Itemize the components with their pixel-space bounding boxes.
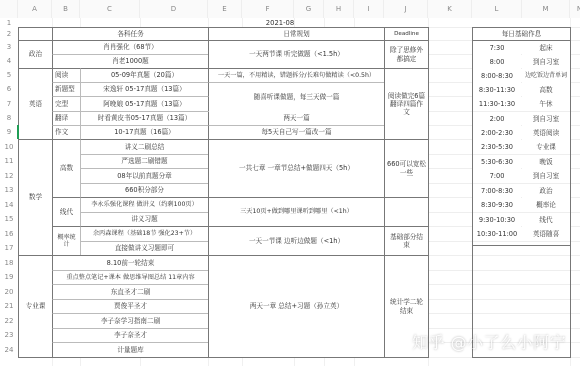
- math-linear-task-1[interactable]: 李永乐强化课程 做讲义（约剩100页）: [80, 197, 209, 213]
- math-advanced-task-2[interactable]: 严选题二刷错题: [80, 154, 209, 169]
- column-header-k[interactable]: K: [428, 0, 472, 18]
- major-task-7[interactable]: 计量题库: [52, 342, 209, 358]
- column-header-f[interactable]: F: [242, 0, 294, 18]
- column-header-d[interactable]: D: [140, 0, 208, 18]
- routine-time-12[interactable]: 8:30-9:30: [473, 198, 521, 212]
- row-header-8[interactable]: 8: [0, 111, 18, 125]
- header-deadline[interactable]: Deadline: [384, 27, 429, 41]
- routine-activity-5[interactable]: 午休: [522, 97, 570, 111]
- row-header-13[interactable]: 13: [0, 183, 18, 197]
- routine-time-4[interactable]: 8:30-11:30: [473, 83, 521, 97]
- routine-activity-13[interactable]: 线代: [522, 213, 570, 227]
- politics-plan[interactable]: 一天两节课 听完做题（<1.5h）: [208, 40, 385, 69]
- row-header-5[interactable]: 5: [0, 68, 18, 82]
- header-empty[interactable]: [18, 27, 53, 41]
- routine-time-2[interactable]: 8:00: [473, 55, 521, 69]
- column-header-j[interactable]: J: [384, 0, 428, 18]
- english-task-new[interactable]: 宋逸轩 05-17真题（13篇）: [80, 82, 209, 97]
- routine-activity-6[interactable]: 到自习室: [522, 112, 570, 126]
- row-header-22[interactable]: 22: [0, 313, 18, 328]
- column-header-c[interactable]: C: [80, 0, 140, 18]
- english-task-reading[interactable]: 05-09年真题（20篇）: [80, 68, 209, 83]
- column-header-g[interactable]: G: [294, 0, 324, 18]
- math-linear-plan[interactable]: 三天10页+做到哪里课听到哪里（<1h）: [208, 197, 385, 227]
- corner-cell[interactable]: [0, 0, 18, 18]
- math-advanced-task-4[interactable]: 660积分部分: [80, 183, 209, 198]
- row-header-3[interactable]: 3: [0, 40, 18, 54]
- english-task-writing[interactable]: 10-17真题（16篇）: [80, 125, 209, 140]
- major-task-3[interactable]: 东直圣才二刷: [52, 284, 209, 300]
- subject-math[interactable]: 数学: [18, 139, 53, 256]
- column-header-h[interactable]: H: [324, 0, 354, 18]
- selection-indicator: [17, 125, 19, 139]
- watermark: 知乎 @小了么小阿宁: [412, 330, 566, 353]
- math-probability-plan[interactable]: 一天一节课 边听边做题（<1h）: [208, 226, 385, 256]
- row-header-10[interactable]: 10: [0, 139, 18, 154]
- row-header-6[interactable]: 6: [0, 82, 18, 96]
- english-plan-translation[interactable]: 两天一篇: [208, 111, 385, 126]
- row-header-14[interactable]: 14: [0, 197, 18, 212]
- major-plan[interactable]: 两天一章 总结+习题（孙立英）: [208, 255, 385, 358]
- routine-activity-11[interactable]: 政治: [522, 184, 570, 198]
- math-linear-task-2[interactable]: 讲义习题: [80, 212, 209, 227]
- english-type-cloze[interactable]: 完型: [52, 96, 81, 112]
- column-header-m[interactable]: M: [522, 0, 570, 18]
- routine-time-3[interactable]: 8:00-8:30: [473, 69, 521, 83]
- header-daily-plan[interactable]: 日常规划: [208, 27, 385, 41]
- routine-activity-4[interactable]: 高数: [522, 83, 570, 97]
- column-header-l[interactable]: L: [472, 0, 522, 18]
- row-header-16[interactable]: 16: [0, 226, 18, 241]
- math-advanced-deadline[interactable]: 660可以宽松一些: [384, 139, 429, 198]
- column-header-a[interactable]: A: [18, 0, 52, 18]
- header-daily-routine[interactable]: 每日基础作息: [472, 27, 571, 41]
- row-header-24[interactable]: 24: [0, 342, 18, 357]
- routine-time-10[interactable]: 7:00: [473, 169, 521, 183]
- column-header-e[interactable]: E: [208, 0, 242, 18]
- row-header-9[interactable]: 9: [0, 125, 18, 139]
- math-advanced-task-3[interactable]: 08年以前真题分章: [80, 168, 209, 184]
- english-type-writing[interactable]: 作文: [52, 125, 81, 140]
- math-linear-label[interactable]: 线代: [52, 197, 81, 227]
- english-plan-writing[interactable]: 每5天自己写一篇改一篇: [208, 125, 385, 140]
- column-header-i[interactable]: I: [354, 0, 384, 18]
- english-task-translation[interactable]: 时看黄皮书05-17真题（13篇）: [80, 111, 209, 126]
- routine-time-11[interactable]: 7:00-8:30: [473, 184, 521, 198]
- politics-task-2[interactable]: 肖老1000题: [52, 54, 209, 69]
- row-header-23[interactable]: 23: [0, 328, 18, 342]
- row-header-20[interactable]: 20: [0, 284, 18, 299]
- routine-time-8[interactable]: 2:30-5:30: [473, 140, 521, 154]
- routine-time-1[interactable]: 7:30: [473, 41, 521, 55]
- major-task-6[interactable]: 李子奈圣才: [52, 328, 209, 343]
- math-probability-task-1[interactable]: 余丙森课程（基础18节 强化23+节）: [80, 226, 209, 242]
- major-task-1[interactable]: 8.10前一轮结束: [52, 255, 209, 271]
- math-probability-deadline[interactable]: 基础部分结束: [384, 226, 429, 256]
- subject-english[interactable]: 英语: [18, 68, 53, 140]
- routine-activity-12[interactable]: 概率论: [522, 198, 570, 212]
- math-advanced-label[interactable]: 高数: [52, 139, 81, 198]
- row-header-2[interactable]: 2: [0, 27, 18, 40]
- row-header-15[interactable]: 15: [0, 212, 18, 226]
- major-task-2[interactable]: 重点整点笔记+课本 做思维导图总结 11章内容: [52, 270, 209, 285]
- row-header-11[interactable]: 11: [0, 154, 18, 168]
- major-task-4[interactable]: 贾俊平圣才: [52, 299, 209, 314]
- math-probability-task-2[interactable]: 直接做讲义习题即可: [80, 241, 209, 256]
- politics-task-1[interactable]: 肖肖强化（68节）: [52, 40, 209, 55]
- row-header-1[interactable]: 1: [0, 18, 18, 27]
- math-advanced-task-1[interactable]: 讲义二刷总结: [80, 139, 209, 155]
- row-header-19[interactable]: 19: [0, 270, 18, 284]
- routine-time-7[interactable]: 2:00-2:30: [473, 126, 521, 140]
- spreadsheet[interactable]: A B C D E F G H I J K L M N 1 2 3 4 5 6 …: [0, 0, 580, 366]
- english-deadline[interactable]: 阅读做完6篇翻译四篇作文: [384, 68, 429, 140]
- row-header-4[interactable]: 4: [0, 54, 18, 68]
- header-subject-tasks[interactable]: 各科任务: [52, 27, 209, 41]
- routine-activity-9[interactable]: 晚饭: [522, 155, 570, 169]
- row-header-12[interactable]: 12: [0, 168, 18, 183]
- english-plan-new-cloze[interactable]: 随喜听课做题，每三天做一篇: [209, 83, 384, 111]
- routine-time-14[interactable]: 10:30-11:00: [473, 227, 521, 241]
- major-task-5[interactable]: 李子奈学习指南二刷: [52, 313, 209, 329]
- english-task-cloze[interactable]: 阿晚娘 05-17真题（13篇）: [80, 96, 209, 112]
- english-type-new[interactable]: 新题型: [52, 82, 81, 97]
- math-probability-label[interactable]: 概率统计: [52, 226, 81, 256]
- routine-activity-14[interactable]: 英语随喜: [522, 227, 570, 241]
- row-header-17[interactable]: 17: [0, 241, 18, 255]
- english-type-translation[interactable]: 翻译: [52, 111, 81, 126]
- routine-activity-3[interactable]: 边吃饭边背单词: [522, 69, 570, 83]
- column-header-b[interactable]: B: [52, 0, 80, 18]
- routine-activity-10[interactable]: 到自习室: [522, 169, 570, 183]
- routine-activity-2[interactable]: 到自习室: [522, 55, 570, 69]
- routine-time-6[interactable]: 2:00: [473, 112, 521, 126]
- subject-major[interactable]: 专业课: [18, 255, 53, 358]
- row-header-7[interactable]: 7: [0, 96, 18, 111]
- math-linear-deadline[interactable]: [384, 197, 429, 227]
- routine-activity-8[interactable]: 专业课: [522, 140, 570, 154]
- english-type-reading[interactable]: 阅读: [52, 68, 81, 83]
- sheet-title[interactable]: 2021-08: [250, 18, 310, 27]
- english-plan-reading[interactable]: 一天一篇，不用精读，错题拆分/长难句做精读（<0.5h）: [208, 68, 385, 83]
- row-header-21[interactable]: 21: [0, 299, 18, 313]
- routine-time-5[interactable]: 11:30-1:30: [473, 97, 521, 111]
- math-advanced-plan[interactable]: 一共七章 一章节总结+做题四天（5h）: [208, 139, 385, 198]
- row-header-18[interactable]: 18: [0, 255, 18, 270]
- routine-time-13[interactable]: 9:30-10:30: [473, 213, 521, 227]
- routine-time-9[interactable]: 5:30-6:30: [473, 155, 521, 169]
- column-header-n[interactable]: N: [570, 0, 580, 18]
- subject-politics[interactable]: 政治: [18, 40, 53, 69]
- routine-activity-1[interactable]: 起床: [522, 41, 570, 55]
- politics-deadline[interactable]: 除了思修外都搞定: [384, 40, 429, 69]
- routine-activity-7[interactable]: 英语阅读: [522, 126, 570, 140]
